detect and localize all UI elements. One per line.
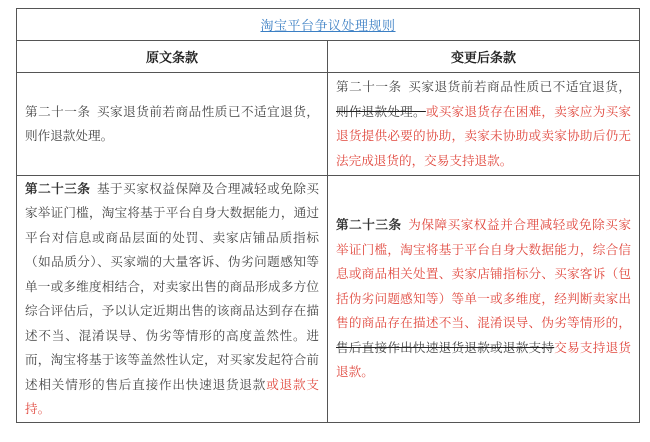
original-clause-23: 第二十三条基于买家权益保障及合理减轻或免除买家举证门槛，淘宝将基于平台自身大数据… xyxy=(17,177,327,422)
article-number: 第二十一条 xyxy=(336,79,402,94)
article-number: 第二十三条 xyxy=(25,181,90,196)
changed-clause-21: 第二十一条买家退货前若商品性质已不适宜退货，则作退款处理。或买家退货存在困难，卖… xyxy=(328,75,639,173)
title-row: 淘宝平台争议处理规则 xyxy=(17,9,640,41)
changed-clause-23: 第二十三条为保障买家权益并合理减轻或免除买家举证门槛，淘宝将基于平台自身大数据能… xyxy=(328,213,639,385)
clause-text: 基于买家权益保障及合理减轻或免除买家举证门槛，淘宝将基于平台自身大数据能力，通过… xyxy=(25,181,319,392)
article-number: 第二十一条 xyxy=(25,104,90,119)
title-cell: 淘宝平台争议处理规则 xyxy=(17,9,640,41)
deleted-text: 则作退款处理。 xyxy=(336,104,426,119)
original-clause-21: 第二十一条买家退货前若商品性质已不适宜退货，则作退款处理。 xyxy=(17,100,327,149)
changed-clause-cell: 第二十一条买家退货前若商品性质已不适宜退货，则作退款处理。或买家退货存在困难，卖… xyxy=(328,73,640,176)
original-clause-cell: 第二十三条基于买家权益保障及合理减轻或免除买家举证门槛，淘宝将基于平台自身大数据… xyxy=(17,176,328,423)
table-row: 第二十三条基于买家权益保障及合理减轻或免除买家举证门槛，淘宝将基于平台自身大数据… xyxy=(17,176,640,423)
article-number: 第二十三条 xyxy=(336,217,402,232)
clause-end: 。 xyxy=(38,401,51,416)
column-header-changed: 变更后条款 xyxy=(328,41,640,73)
added-text: 为保障买家权益并合理减轻或免除买家举证门槛，淘宝将基于平台自身大数据能力，综合信… xyxy=(336,217,631,330)
original-clause-cell: 第二十一条买家退货前若商品性质已不适宜退货，则作退款处理。 xyxy=(17,73,328,176)
kept-text: 买家退货前若商品性质已不适宜退货， xyxy=(408,79,631,94)
rules-title-link[interactable]: 淘宝平台争议处理规则 xyxy=(261,19,396,34)
header-row: 原文条款 变更后条款 xyxy=(17,41,640,73)
rules-comparison-table: 淘宝平台争议处理规则 原文条款 变更后条款 第二十一条买家退货前若商品性质已不适… xyxy=(16,8,640,423)
changed-clause-cell: 第二十三条为保障买家权益并合理减轻或免除买家举证门槛，淘宝将基于平台自身大数据能… xyxy=(328,176,640,423)
table-row: 第二十一条买家退货前若商品性质已不适宜退货，则作退款处理。 第二十一条买家退货前… xyxy=(17,73,640,176)
deleted-text: 售后直接作出快速退货退款或退款支持 xyxy=(336,340,554,355)
column-header-original: 原文条款 xyxy=(17,41,328,73)
